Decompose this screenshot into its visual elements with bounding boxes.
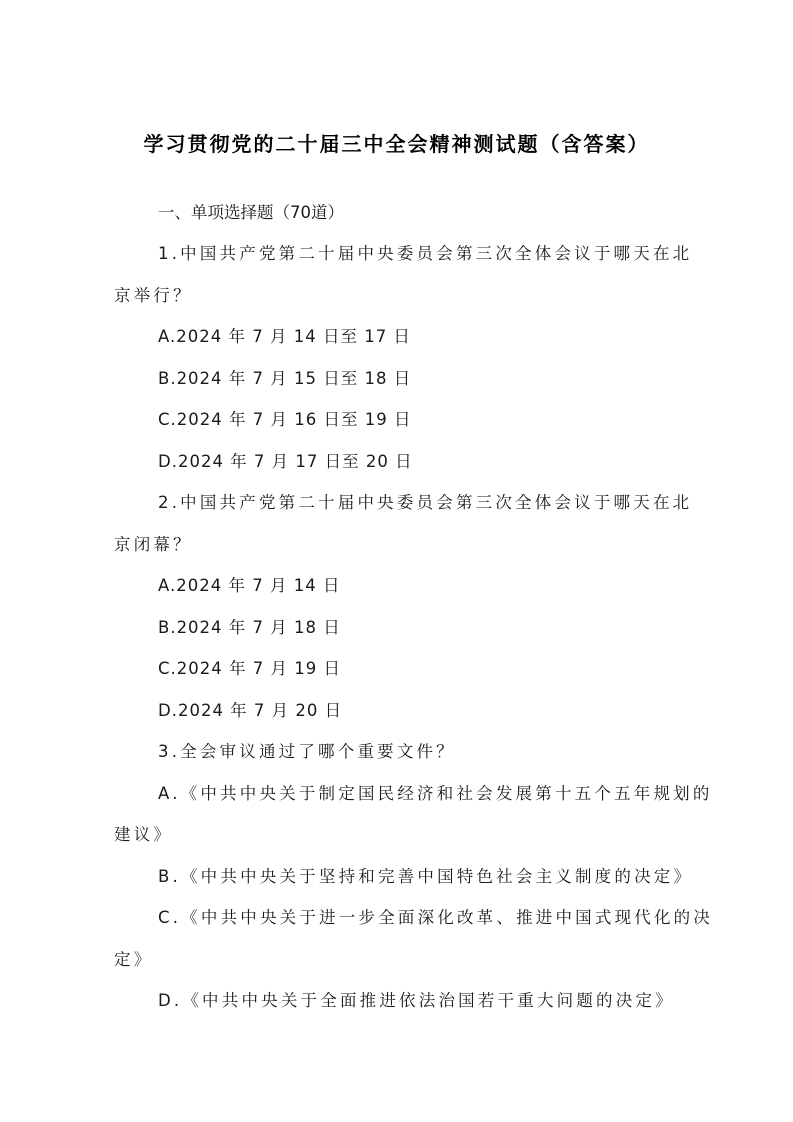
q1-option-a: A.2024 年 7 月 14 日至 17 日 [158, 325, 411, 349]
document-title: 学习贯彻党的二十届三中全会精神测试题（含答案） [0, 128, 793, 157]
q1-option-d: D.2024 年 7 月 17 日至 20 日 [158, 450, 413, 474]
q3-option-a-line-2: 建议》 [114, 823, 173, 847]
q3-option-b: B.《中共中央关于坚持和完善中国特色社会主义制度的决定》 [158, 865, 693, 889]
question-1-line-1: 1.中国共产党第二十届中央委员会第三次全体会议于哪天在北 [158, 242, 692, 266]
question-number: 1. [158, 244, 180, 263]
q3-option-d: D.《中共中央关于全面推进依法治国若干重大问题的决定》 [158, 989, 675, 1013]
q2-option-a: A.2024 年 7 月 14 日 [158, 574, 340, 598]
q1-option-c: C.2024 年 7 月 16 日至 19 日 [158, 408, 411, 432]
q3-option-a-line-1: A.《中共中央关于制定国民经济和社会发展第十五个五年规划的 [158, 782, 713, 806]
q2-option-d: D.2024 年 7 月 20 日 [158, 699, 342, 723]
question-3-line-1: 3.全会审议通过了哪个重要文件？ [158, 740, 456, 764]
question-2-line-2: 京闭幕？ [114, 533, 193, 557]
section-heading: 一、单项选择题（70道） [158, 201, 344, 225]
document-page: 学习贯彻党的二十届三中全会精神测试题（含答案） 一、单项选择题（70道） 1.中… [0, 0, 793, 1122]
q3-option-c-line-2: 定》 [114, 948, 153, 972]
question-number: 3. [158, 742, 180, 761]
q2-option-b: B.2024 年 7 月 18 日 [158, 616, 341, 640]
q1-option-b: B.2024 年 7 月 15 日至 18 日 [158, 367, 411, 391]
q2-option-c: C.2024 年 7 月 19 日 [158, 657, 341, 681]
question-2-line-1: 2.中国共产党第二十届中央委员会第三次全体会议于哪天在北 [158, 491, 692, 515]
question-number: 2. [158, 493, 180, 512]
question-text: 中国共产党第二十届中央委员会第三次全体会议于哪天在北 [180, 493, 692, 512]
question-text: 中国共产党第二十届中央委员会第三次全体会议于哪天在北 [180, 244, 692, 263]
question-text: 全会审议通过了哪个重要文件？ [180, 742, 456, 761]
q3-option-c-line-1: C.《中共中央关于进一步全面深化改革、推进中国式现代化的决 [158, 906, 713, 930]
question-1-line-2: 京举行？ [114, 284, 193, 308]
